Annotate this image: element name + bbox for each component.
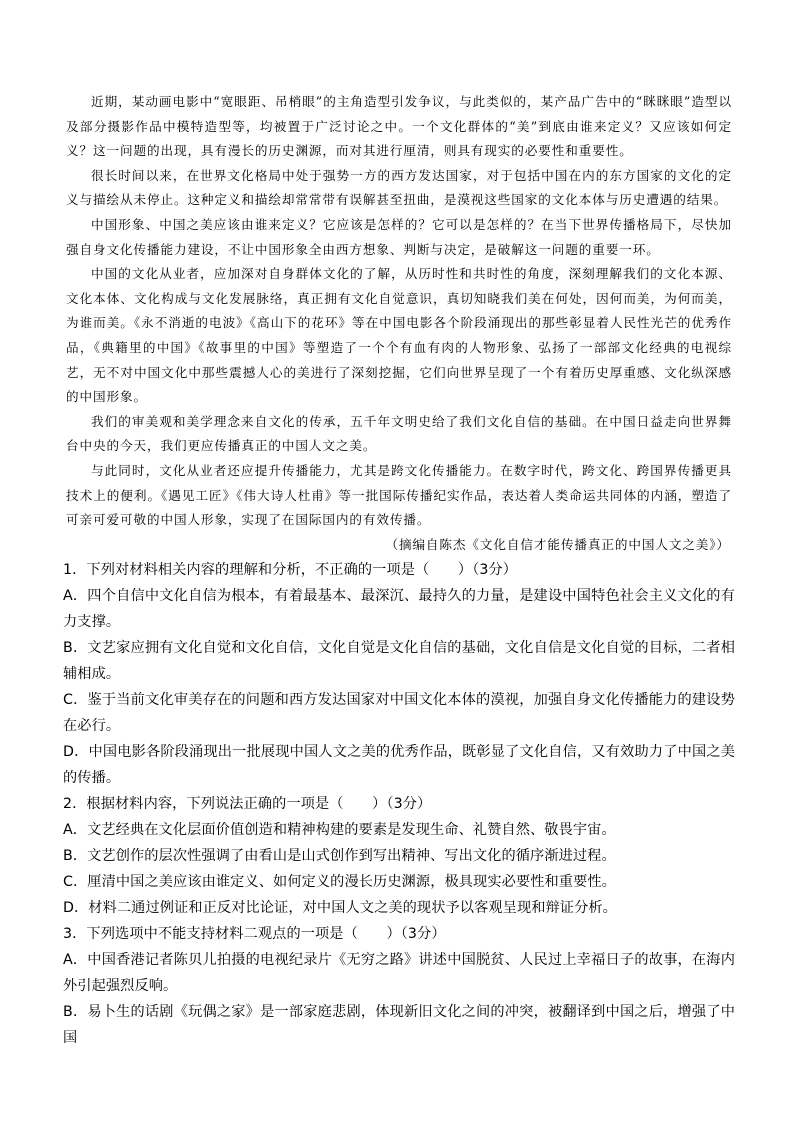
option-a: A．四个自信中文化自信为根本，有着最基本、最深沉、最持久的力量，是建设中国特色社… — [63, 583, 735, 635]
document-page: 近期，某动画电影中“宽眼距、吊梢眼”的主角造型引发争议，与此类似的，某产品广告中… — [66, 90, 732, 1051]
option-a: A．文艺经典在文化层面价值创造和精神构建的要素是发现生命、礼赞自然、敬畏宇宙。 — [63, 817, 735, 843]
option-a: A．中国香港记者陈贝儿拍摄的电视纪录片《无穷之路》讲述中国脱贫、人民过上幸福日子… — [63, 947, 735, 999]
question-stem: 3．下列选项中不能支持材料二观点的一项是（ ）（3分） — [63, 921, 735, 947]
option-d: D．中国电影各阶段涌现出一批展现中国人文之美的优秀作品，既彰显了文化自信，又有效… — [63, 739, 735, 791]
option-b: B．文艺家应拥有文化自觉和文化自信，文化自觉是文化自信的基础，文化自信是文化自觉… — [63, 635, 735, 687]
question-stem: 2．根据材料内容，下列说法正确的一项是（ ）（3分） — [63, 791, 735, 817]
source-citation: （摘编自陈杰《文化自信才能传播真正的中国人文之美》） — [66, 533, 732, 558]
question-2: 2．根据材料内容，下列说法正确的一项是（ ）（3分） A．文艺经典在文化层面价值… — [63, 791, 735, 921]
passage-paragraph: 中国形象、中国之美应该由谁来定义？它应该是怎样的？它可以是怎样的？在当下世界传播… — [66, 213, 732, 262]
passage-paragraph: 近期，某动画电影中“宽眼距、吊梢眼”的主角造型引发争议，与此类似的，某产品广告中… — [66, 90, 732, 164]
question-3: 3．下列选项中不能支持材料二观点的一项是（ ）（3分） A．中国香港记者陈贝儿拍… — [63, 921, 735, 1051]
option-c: C．鉴于当前文化审美存在的问题和西方发达国家对中国文化本体的漠视，加强自身文化传… — [63, 687, 735, 739]
question-1: 1．下列对材料相关内容的理解和分析，不正确的一项是（ ）（3分） A．四个自信中… — [63, 557, 735, 791]
question-stem: 1．下列对材料相关内容的理解和分析，不正确的一项是（ ）（3分） — [63, 557, 735, 583]
option-c: C．厘清中国之美应该由谁定义、如何定义的漫长历史渊源，极具现实必要性和重要性。 — [63, 869, 735, 895]
passage-paragraph: 中国的文化从业者，应加深对自身群体文化的了解，从历时性和共时性的角度，深刻理解我… — [66, 262, 732, 410]
option-d: D．材料二通过例证和正反对比论证，对中国人文之美的现状予以客观呈现和辩证分析。 — [63, 895, 735, 921]
passage-paragraph: 很长时间以来，在世界文化格局中处于强势一方的西方发达国家，对于包括中国在内的东方… — [66, 164, 732, 213]
option-b: B．易卜生的话剧《玩偶之家》是一部家庭悲剧，体现新旧文化之间的冲突，被翻译到中国… — [63, 999, 735, 1051]
question-list: 1．下列对材料相关内容的理解和分析，不正确的一项是（ ）（3分） A．四个自信中… — [63, 557, 735, 1051]
passage-paragraph: 我们的审美观和美学理念来自文化的传承，五千年文明史给了我们文化自信的基础。在中国… — [66, 410, 732, 459]
reading-passage: 近期，某动画电影中“宽眼距、吊梢眼”的主角造型引发争议，与此类似的，某产品广告中… — [66, 90, 732, 557]
option-b: B．文艺创作的层次性强调了由看山是山式创作到写出精神、写出文化的循序渐进过程。 — [63, 843, 735, 869]
passage-paragraph: 与此同时，文化从业者还应提升传播能力，尤其是跨文化传播能力。在数字时代，跨文化、… — [66, 459, 732, 533]
